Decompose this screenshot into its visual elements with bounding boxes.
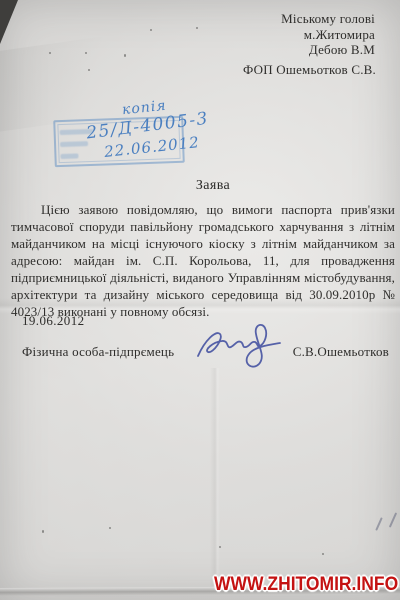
document-date: 19.06.2012 (22, 313, 85, 329)
stamp-printed-text (60, 153, 78, 159)
recipient-block: Міському голові м.Житомира Дебою В.М (281, 11, 375, 58)
dust-speck (85, 52, 87, 54)
recipient-line: Міському голові (281, 11, 375, 27)
dust-speck (196, 27, 198, 29)
site-watermark: WWW.ZHITOMIR.INFO (214, 574, 398, 596)
dust-speck (322, 553, 324, 555)
document-title: Заява (0, 178, 400, 194)
dust-speck (88, 69, 90, 71)
registration-stamp: копія 25/Д-4005-3 22.06.2012 (44, 100, 224, 172)
document-photo: Міському голові м.Житомира Дебою В.М ФОП… (0, 0, 400, 600)
dust-speck (42, 530, 44, 533)
stamp-printed-text (60, 141, 88, 147)
signature-scribble (192, 318, 296, 372)
signatory-name: С.В.Ошемьотков (293, 344, 389, 360)
paper-crease (210, 368, 220, 586)
recipient-line: м.Житомира (281, 27, 375, 43)
dust-speck (109, 527, 111, 529)
dust-speck (49, 52, 51, 54)
sender-name: ФОП Ошемьотков С.В. (243, 62, 376, 78)
dust-speck (219, 546, 221, 548)
body-paragraph: Цією заявою повідомляю, що вимоги паспор… (11, 201, 395, 320)
dust-speck (150, 29, 152, 31)
signature-label: Фізична особа-підпрємець (22, 344, 174, 360)
dust-speck (124, 54, 126, 57)
recipient-line: Дебою В.М (281, 42, 375, 58)
